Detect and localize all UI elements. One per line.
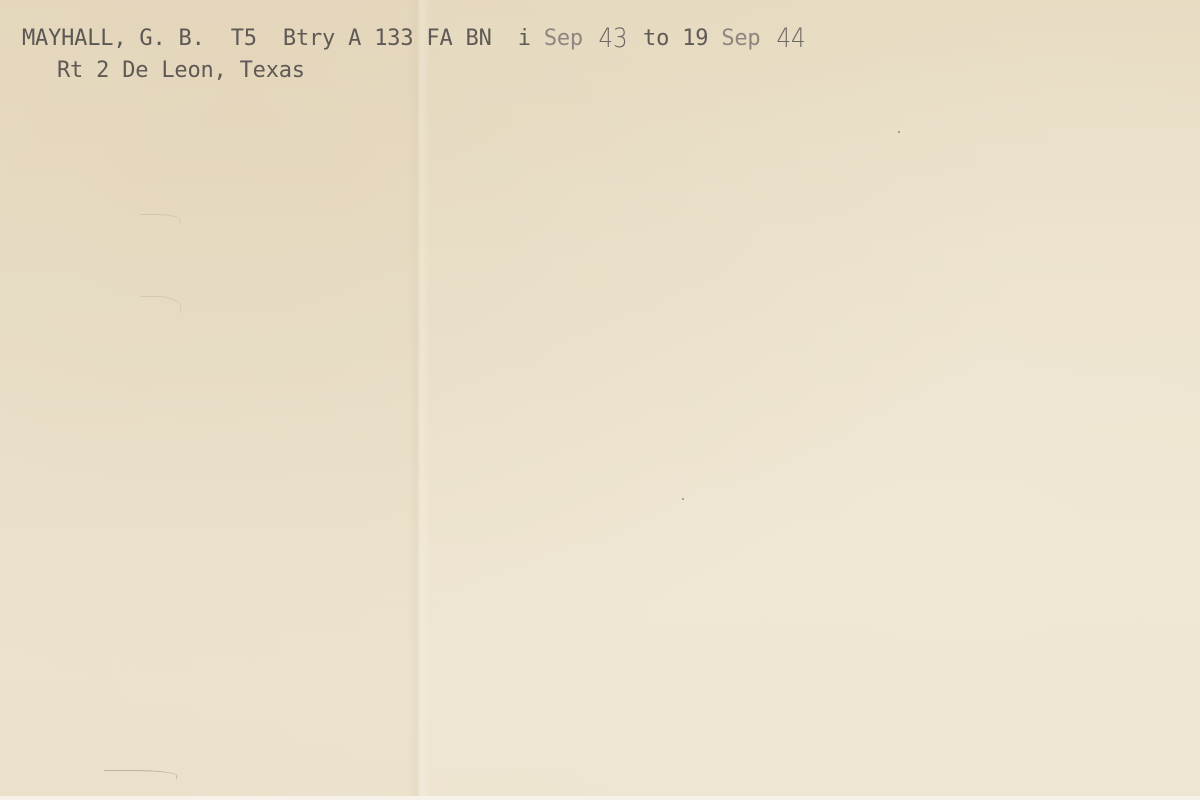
address: Rt 2 De Leon, Texas — [57, 58, 305, 83]
rank: T5 — [231, 28, 257, 50]
record-header-line: MAYHALL, G. B. T5 Btry A 133 FA BN i Sep… — [22, 23, 807, 50]
pencil-mark — [140, 296, 181, 313]
paper-speck — [682, 498, 684, 500]
from-day: i — [518, 28, 531, 50]
pencil-mark — [104, 770, 177, 779]
paper-fold-crease — [408, 0, 430, 800]
index-card: MAYHALL, G. B. T5 Btry A 133 FA BN i Sep… — [0, 0, 1200, 800]
from-month: Sep — [544, 28, 583, 50]
paper-tone-left — [0, 0, 418, 800]
to-month: Sep — [721, 28, 760, 50]
card-bottom-edge — [0, 796, 1200, 800]
to-word: to — [643, 28, 669, 50]
unit: Btry A 133 FA BN — [283, 28, 492, 50]
pencil-mark — [140, 214, 181, 225]
paper-speck — [898, 131, 900, 133]
address-line: Rt 2 De Leon, Texas — [57, 60, 305, 82]
to-year: 44 — [776, 25, 805, 52]
soldier-name: MAYHALL, G. B. — [22, 28, 205, 50]
to-day: 19 — [682, 28, 708, 50]
from-year: 43 — [599, 25, 628, 52]
